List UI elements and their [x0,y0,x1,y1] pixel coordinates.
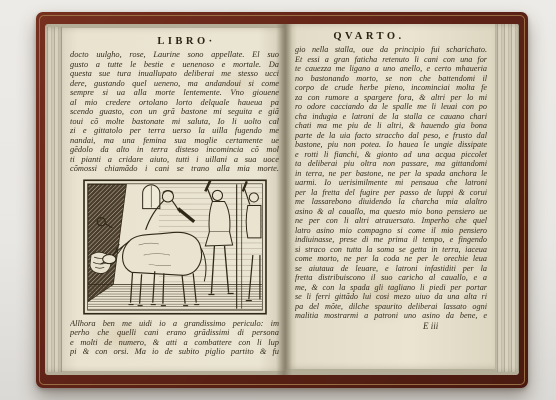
text-line: no bastonando morto, se non che battendo… [295,74,487,84]
text-line: come morto, ne per la coda ne per le ore… [295,254,487,264]
text-line: fretta distribuiscono il suo caricho al … [295,273,487,283]
text-line: bastone, piu non potea. Io hauea le ungi… [295,140,487,150]
text-line: ta deliberai piu oltra non passare, ma g… [295,159,487,169]
text-line: gio nella stalla, oue da principio fui s… [295,45,487,55]
text-line: questa sue tura inuallupato deliberai me… [70,69,279,79]
text-line: Et essi a gran faticha retenuto li cani … [295,55,487,65]
text-line: se li ferri gittãdo lui cosi mezo uiuo d… [295,292,487,302]
text-line: pa del mõte, dilche spaurito deliberai l… [295,302,487,312]
text-line: ti pianti a cridare aiuto, tutti i uilla… [70,155,279,165]
text-line: si straco con tutta la soma se getta in … [295,245,487,255]
text-line: malitia mostrarmi a patroni uno asino da… [295,311,487,321]
text-line: gusto a tutte le bestie e uenenoso e mor… [70,60,279,70]
text-line: pi & con orsi. Ma io de subito piglio pa… [70,347,279,357]
left-page-caption-column: Allhora ben me uidi io a grandissimo per… [70,319,279,357]
text-line: perho che quelli cani erano grãdissimi d… [70,328,279,338]
text-line: cõmossi chiamãdo i cani se trano alla mi… [70,164,279,174]
text-line: in terra, ne per bastone, ne per la spad… [295,169,487,179]
text-line: toui cõ molte bastonate mi saluta, Io li… [70,117,279,127]
text-line: per la fretta del fugire per passo de lu… [295,188,487,198]
page-block: LIBRO· docto uulgho, rose, Laurine sono … [45,24,519,375]
right-foredge-page-stack [495,24,519,372]
text-line: nandai, ma una femina sua moglie certame… [70,136,279,146]
text-line: uarmi. Io uerisimilmente mi pensaua che … [295,178,487,188]
arched-window [142,184,159,208]
running-head-left: LIBRO· [82,36,291,47]
text-line: se aiutaua de leuare, e latroni infastid… [295,264,487,274]
text-line: scendo guasto, con un grã bastone mi seg… [70,107,279,117]
left-foredge-page-stack [45,27,62,372]
text-line: zi e gittatolo per terra uerso la uilla … [70,126,279,136]
text-line: sempre si ua alla morte lentemente. Vno … [70,88,279,98]
text-line: dere, gustando quel ueneno, ma andandoui… [70,79,279,89]
text-line: za con rumore a spargere fora, & altri p… [295,93,487,103]
text-line: ne per con li altri atrauersato. Imperho… [295,216,487,226]
text-line: e rotti li fianchi, & gionto ad una acqu… [295,150,487,160]
text-line: docto uulgho, rose, Laurine sono appella… [70,50,279,60]
left-page-text-column: docto uulgho, rose, Laurine sono appella… [70,50,279,174]
text-line: cha indugia e latroni de la stalla ce ca… [295,112,487,122]
right-page-text-column: gio nella stalla, oue da principio fui s… [295,45,487,321]
text-line: e molti de numero, & atti a combattere c… [70,338,279,348]
text-line: te cauezza me ligano a uno anello, e cer… [295,64,487,74]
text-line: gẽdolo da alto in terra disteso incominc… [70,145,279,155]
text-line: chati ma me piu de li altri, & hauendo g… [295,121,487,131]
text-line: me, & con la spada gli tagliano li piedi… [295,283,487,293]
text-line: al mio credere ortolano lorto delquale h… [70,98,279,108]
text-line: parte de la uia facto straccho dal peso,… [295,131,487,141]
text-line: asino & al cauallo, ma questo mio bono p… [295,207,487,217]
signature-mark: E iii [295,321,487,332]
text-line: indiuinasse, prese di me prima il tempo,… [295,235,487,245]
right-page: QVARTO. gio nella stalla, oue da princip… [285,24,495,369]
stable-floor [88,284,262,309]
text-line: me lassarebono diuidendo la charcha mia … [295,197,487,207]
left-page: LIBRO· docto uulgho, rose, Laurine sono … [62,28,285,371]
text-line: corpo de crude herbe pieno, incominciai … [295,83,487,93]
text-line: latro asino mio compagno si come il mio … [295,226,487,236]
text-line: ro odore cacciando da le spalle me li le… [295,102,487,112]
text-line: Allhora ben me uidi io a grandissimo per… [70,319,279,329]
photo-backdrop: LIBRO· docto uulgho, rose, Laurine sono … [0,0,556,400]
running-head-right: QVARTO. [273,31,465,42]
woodcut-stable-scene-illustration [83,179,267,315]
book: LIBRO· docto uulgho, rose, Laurine sono … [36,12,528,388]
